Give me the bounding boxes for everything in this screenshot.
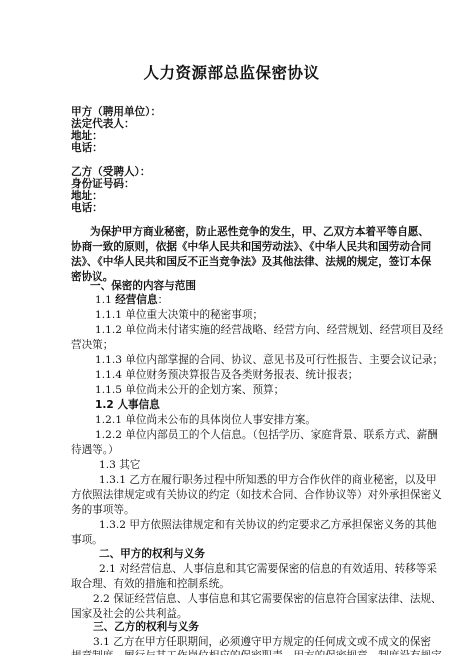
- preamble-line: 法》、《中华人民共和国反不正当竞争法》及其他法律、法规的规定，签订本保: [71, 256, 431, 269]
- document-page: 人力资源部总监保密协议 甲方（聘用单位）： 法定代表人： 地址： 电话： 乙方（…: [0, 0, 463, 655]
- clause-1-3-2: 1.3.2 甲方依照法律规定和有关协议的约定要求乙方承担保密义务的其他: [99, 519, 437, 532]
- clause-1-3-2-cont: 事项。: [71, 534, 103, 547]
- section-1-3-heading: 1.3 其它: [99, 459, 140, 472]
- section-1-heading: 一、保密的内容与范围: [90, 280, 196, 293]
- clause-1-3-1-cont: 方依照法律规定或有关协议的约定（如技术合同、合作协议等）对外承担保密义: [71, 489, 442, 502]
- party-b-phone: 电话：: [71, 202, 103, 215]
- section-1-1-heading: 1.1 经营信息：: [95, 294, 168, 307]
- preamble-line: 协商一致的原则，依据《中华人民共和国劳动法》、《中华人民共和国劳动合同: [71, 241, 431, 254]
- clause-1-1-1: 1.1.1 单位重大决策中的秘密事项；: [95, 309, 263, 322]
- clause-1-1-2: 1.1.2 单位尚未付诸实施的经营战略、经营方向、经营规划、经营项目及经: [95, 324, 443, 337]
- preamble-line: 为保护甲方商业秘密，防止恶性竞争的发生，甲、乙双方本着平等自愿、: [90, 226, 429, 239]
- clause-2-1: 2.1 对经营信息、人事信息和其它需要保密的信息的有效适用、转移等采: [99, 563, 437, 576]
- section-2-heading: 二、甲方的权利与义务: [99, 548, 205, 561]
- clause-1-1-5: 1.1.5 单位尚未公开的企划方案、预算；: [95, 384, 284, 397]
- clause-1-3-1: 1.3.1 乙方在履行职务过程中所知悉的甲方合作伙伴的商业秘密，以及甲: [99, 474, 437, 487]
- document-title: 人力资源部总监保密协议: [0, 61, 463, 83]
- clause-1-2-2-cont: 待遇等。）: [71, 444, 119, 457]
- section-1-2-heading: 1.2 人事信息: [95, 399, 160, 412]
- clause-1-1-2-cont: 营决策；: [71, 339, 113, 352]
- clause-1-2-1: 1.2.1 单位尚未公布的具体岗位人事安排方案。: [95, 414, 316, 427]
- clause-2-2: 2.2 保证经营信息、人事信息和其它需要保密的信息符合国家法律、法规、: [93, 593, 442, 606]
- clause-3-1: 3.1 乙方在甲方任职期间，必须遵守甲方规定的任何成文或不成文的保密: [93, 636, 431, 649]
- clause-1-1-3: 1.1.3 单位内部掌握的合同、协议、意见书及可行性报告、主要会议记录；: [95, 354, 443, 367]
- section-3-heading: 三、乙方的权利与义务: [93, 621, 199, 634]
- clause-3-1-cont: 规章制度，履行与其工作岗位相应的保密职责。甲方的保密规章、制度没有规定: [71, 650, 442, 655]
- clause-1-1-4: 1.1.4 单位财务预决算报告及各类财务报表、统计报表；: [95, 369, 358, 382]
- clause-1-2-2: 1.2.2 单位内部员工的个人信息。（包括学历、家庭背景、联系方式、薪酬: [95, 429, 438, 442]
- clause-2-1-cont: 取合理、有效的措施和控制系统。: [71, 578, 230, 591]
- party-a-phone: 电话：: [71, 142, 103, 155]
- clause-2-2-cont: 国家及社会的公共利益。: [71, 608, 188, 621]
- clause-1-3-1-cont: 务的事项等。: [71, 504, 135, 517]
